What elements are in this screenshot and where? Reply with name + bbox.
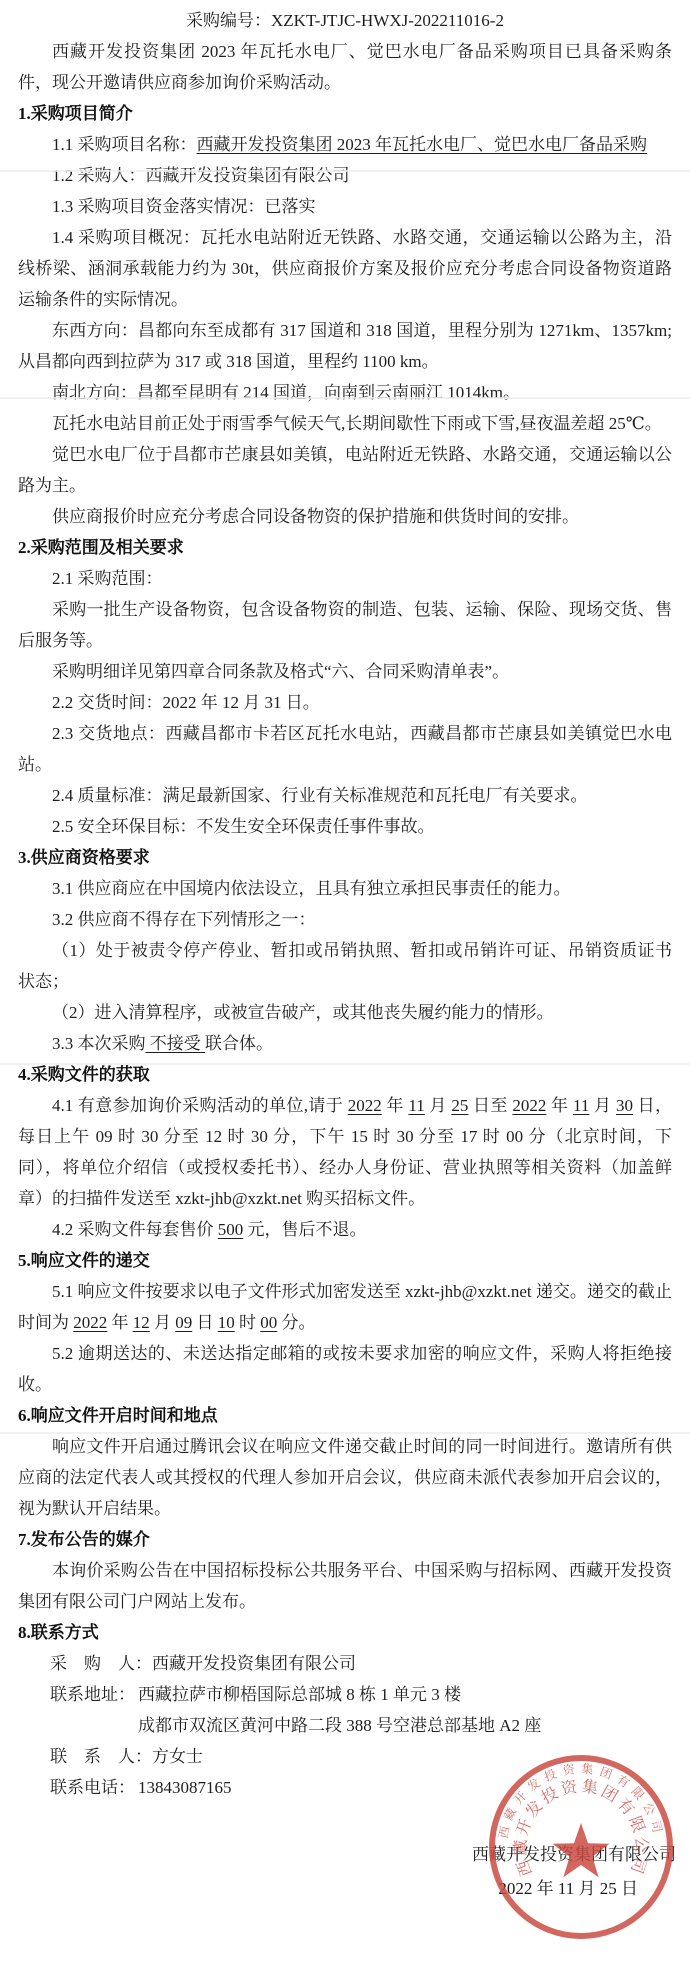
scan-artifact-line (0, 170, 690, 172)
contact-row: 联系电话： 13843087165 (18, 1772, 672, 1803)
contact-value: 13843087165 (138, 1772, 672, 1803)
section-heading: 1.采购项目简介 (18, 98, 672, 129)
paragraph: 2.5 安全环保目标：不发生安全环保责任事件事故。 (18, 811, 672, 842)
document-section: 2.采购范围及相关要求 2.1 采购范围：采购一批生产设备物资，包含设备物资的制… (18, 532, 672, 842)
section-paragraphs: 1.1 采购项目名称：西藏开发投资集团 2023 年瓦托水电厂、觉巴水电厂备品采… (18, 129, 672, 532)
document-section: 7.发布公告的媒介 本询价采购公告在中国招标投标公共服务平台、中国采购与招标网、… (18, 1524, 672, 1617)
paragraph: 采购明细详见第四章合同条款及格式“六、合同采购清单表”。 (18, 656, 672, 687)
section-heading: 5.响应文件的递交 (18, 1245, 672, 1276)
paragraph: 本询价采购公告在中国招标投标公共服务平台、中国采购与招标网、西藏开发投资集团有限… (18, 1555, 672, 1617)
paragraph: 4.1 有意参加询价采购活动的单位,请于 2022 年 11 月 25 日至 2… (18, 1090, 672, 1214)
paragraph: 2.2 交货时间：2022 年 12 月 31 日。 (18, 687, 672, 718)
section-paragraphs: 4.1 有意参加询价采购活动的单位,请于 2022 年 11 月 25 日至 2… (18, 1090, 672, 1245)
document-section: 8.联系方式 (18, 1617, 672, 1648)
paragraph: 南北方向：昌都至昆明有 214 国道，向南到云南丽江 1014km。 (18, 377, 672, 408)
paragraph: 2.1 采购范围： (18, 563, 672, 594)
section-paragraphs: 2.1 采购范围：采购一批生产设备物资，包含设备物资的制造、包装、运输、保险、现… (18, 563, 672, 842)
section-heading: 7.发布公告的媒介 (18, 1524, 672, 1555)
paragraph: 响应文件开启通过腾讯会议在响应文件递交截止时间的同一时间进行。邀请所有供应商的法… (18, 1431, 672, 1524)
paragraph: 1.4 采购项目概况：瓦托水电站附近无铁路、水路交通，交通运输以公路为主，沿线桥… (18, 222, 672, 315)
document-section: 4.采购文件的获取 4.1 有意参加询价采购活动的单位,请于 2022 年 11… (18, 1059, 672, 1245)
document-section: 5.响应文件的递交 5.1 响应文件按要求以电子文件形式加密发送至 xzkt-j… (18, 1245, 672, 1400)
paragraph: （2）进入清算程序，或被宣告破产，或其他丧失履约能力的情形。 (18, 997, 672, 1028)
contact-label: 联 系 人： (50, 1741, 152, 1772)
section-paragraphs: 响应文件开启通过腾讯会议在响应文件递交截止时间的同一时间进行。邀请所有供应商的法… (18, 1431, 672, 1524)
scan-artifact-line (0, 1063, 690, 1065)
contacts-block: 采 购 人： 西藏开发投资集团有限公司 联系地址： 西藏拉萨市柳梧国际总部城 8… (18, 1648, 672, 1803)
paragraph: 1.1 采购项目名称：西藏开发投资集团 2023 年瓦托水电厂、觉巴水电厂备品采… (18, 129, 672, 160)
signature-date: 2022 年 11 月 25 日 (0, 1872, 676, 1906)
paragraph: 3.3 本次采购 不接受 联合体。 (18, 1028, 672, 1059)
contact-row: 成都市双流区黄河中路二段 388 号空港总部基地 A2 座 (18, 1710, 672, 1741)
contact-label: 联系电话： (50, 1772, 138, 1803)
contact-label (50, 1710, 138, 1741)
paragraph: 1.3 采购项目资金落实情况：已落实 (18, 191, 672, 222)
scan-artifact-line (0, 1432, 690, 1434)
contact-value: 成都市双流区黄河中路二段 388 号空港总部基地 A2 座 (138, 1710, 672, 1741)
contact-value: 西藏开发投资集团有限公司 (152, 1648, 672, 1679)
document-section: 3.供应商资格要求 3.1 供应商应在中国境内依法设立，且具有独立承担民事责任的… (18, 842, 672, 1059)
contact-value: 方女士 (152, 1741, 672, 1772)
paragraph: 3.1 供应商应在中国境内依法设立，且具有独立承担民事责任的能力。 (18, 873, 672, 904)
section-heading: 6.响应文件开启时间和地点 (18, 1400, 672, 1431)
paragraph: 2.3 交货地点：西藏昌都市卡若区瓦托水电站，西藏昌都市芒康县如美镇觉巴水电站。 (18, 718, 672, 780)
contact-row: 联系地址： 西藏拉萨市柳梧国际总部城 8 栋 1 单元 3 楼 (18, 1679, 672, 1710)
paragraph: 3.2 供应商不得存在下列情形之一： (18, 904, 672, 935)
contact-row: 采 购 人： 西藏开发投资集团有限公司 (18, 1648, 672, 1679)
paragraph: 供应商报价时应充分考虑合同设备物资的保护措施和供货时间的安排。 (18, 501, 672, 532)
document-content: 采购编号：XZKT-JTJC-HWXJ-202211016-2 西藏开发投资集团… (0, 0, 690, 1803)
signature-company: 西藏开发投资集团有限公司 (0, 1838, 676, 1872)
section-heading: 8.联系方式 (18, 1617, 672, 1648)
sections-container: 1.采购项目简介 1.1 采购项目名称：西藏开发投资集团 2023 年瓦托水电厂… (18, 98, 672, 1648)
scan-artifact-line (0, 397, 690, 399)
section-heading: 2.采购范围及相关要求 (18, 532, 672, 563)
document-section: 6.响应文件开启时间和地点 响应文件开启通过腾讯会议在响应文件递交截止时间的同一… (18, 1400, 672, 1524)
contact-label: 联系地址： (50, 1679, 138, 1710)
paragraph: 2.4 质量标准：满足最新国家、行业有关标准规范和瓦托电厂有关要求。 (18, 780, 672, 811)
section-paragraphs: 本询价采购公告在中国招标投标公共服务平台、中国采购与招标网、西藏开发投资集团有限… (18, 1555, 672, 1617)
intro-paragraph: 西藏开发投资集团 2023 年瓦托水电厂、觉巴水电厂备品采购项目已具备采购条件，… (18, 36, 672, 98)
paragraph: 5.1 响应文件按要求以电子文件形式加密发送至 xzkt-jhb@xzkt.ne… (18, 1276, 672, 1338)
paragraph: 东西方向：昌都向东至成都有 317 国道和 318 国道，里程分别为 1271k… (18, 315, 672, 377)
paragraph: 5.2 逾期送达的、未送达指定邮箱的或按未要求加密的响应文件，采购人将拒绝接收。 (18, 1338, 672, 1400)
paragraph: 1.2 采购人：西藏开发投资集团有限公司 (18, 160, 672, 191)
paragraph: 瓦托水电站目前正处于雨雪季气候天气,长期间歇性下雨或下雪,昼夜温差超 25℃。 (18, 408, 672, 439)
paragraph: 4.2 采购文件每套售价 500 元，售后不退。 (18, 1214, 672, 1245)
paragraph: （1）处于被责令停产停业、暂扣或吊销执照、暂扣或吊销许可证、吊销资质证书状态； (18, 935, 672, 997)
signature-block: 西藏开发投资集团有限公司 2022 年 11 月 25 日 (0, 1838, 676, 1906)
document-page: 采购编号：XZKT-JTJC-HWXJ-202211016-2 西藏开发投资集团… (0, 0, 690, 1981)
contact-row: 联 系 人： 方女士 (18, 1741, 672, 1772)
paragraph: 觉巴水电厂位于昌都市芒康县如美镇，电站附近无铁路、水路交通，交通运输以公路为主。 (18, 439, 672, 501)
contact-value: 西藏拉萨市柳梧国际总部城 8 栋 1 单元 3 楼 (138, 1679, 672, 1710)
document-section: 1.采购项目简介 1.1 采购项目名称：西藏开发投资集团 2023 年瓦托水电厂… (18, 98, 672, 532)
section-paragraphs: 5.1 响应文件按要求以电子文件形式加密发送至 xzkt-jhb@xzkt.ne… (18, 1276, 672, 1400)
paragraph: 采购一批生产设备物资，包含设备物资的制造、包装、运输、保险、现场交货、售后服务等… (18, 594, 672, 656)
section-heading: 3.供应商资格要求 (18, 842, 672, 873)
procurement-ref-number: 采购编号：XZKT-JTJC-HWXJ-202211016-2 (18, 5, 672, 36)
section-paragraphs: 3.1 供应商应在中国境内依法设立，且具有独立承担民事责任的能力。3.2 供应商… (18, 873, 672, 1059)
contact-label: 采 购 人： (50, 1648, 152, 1679)
